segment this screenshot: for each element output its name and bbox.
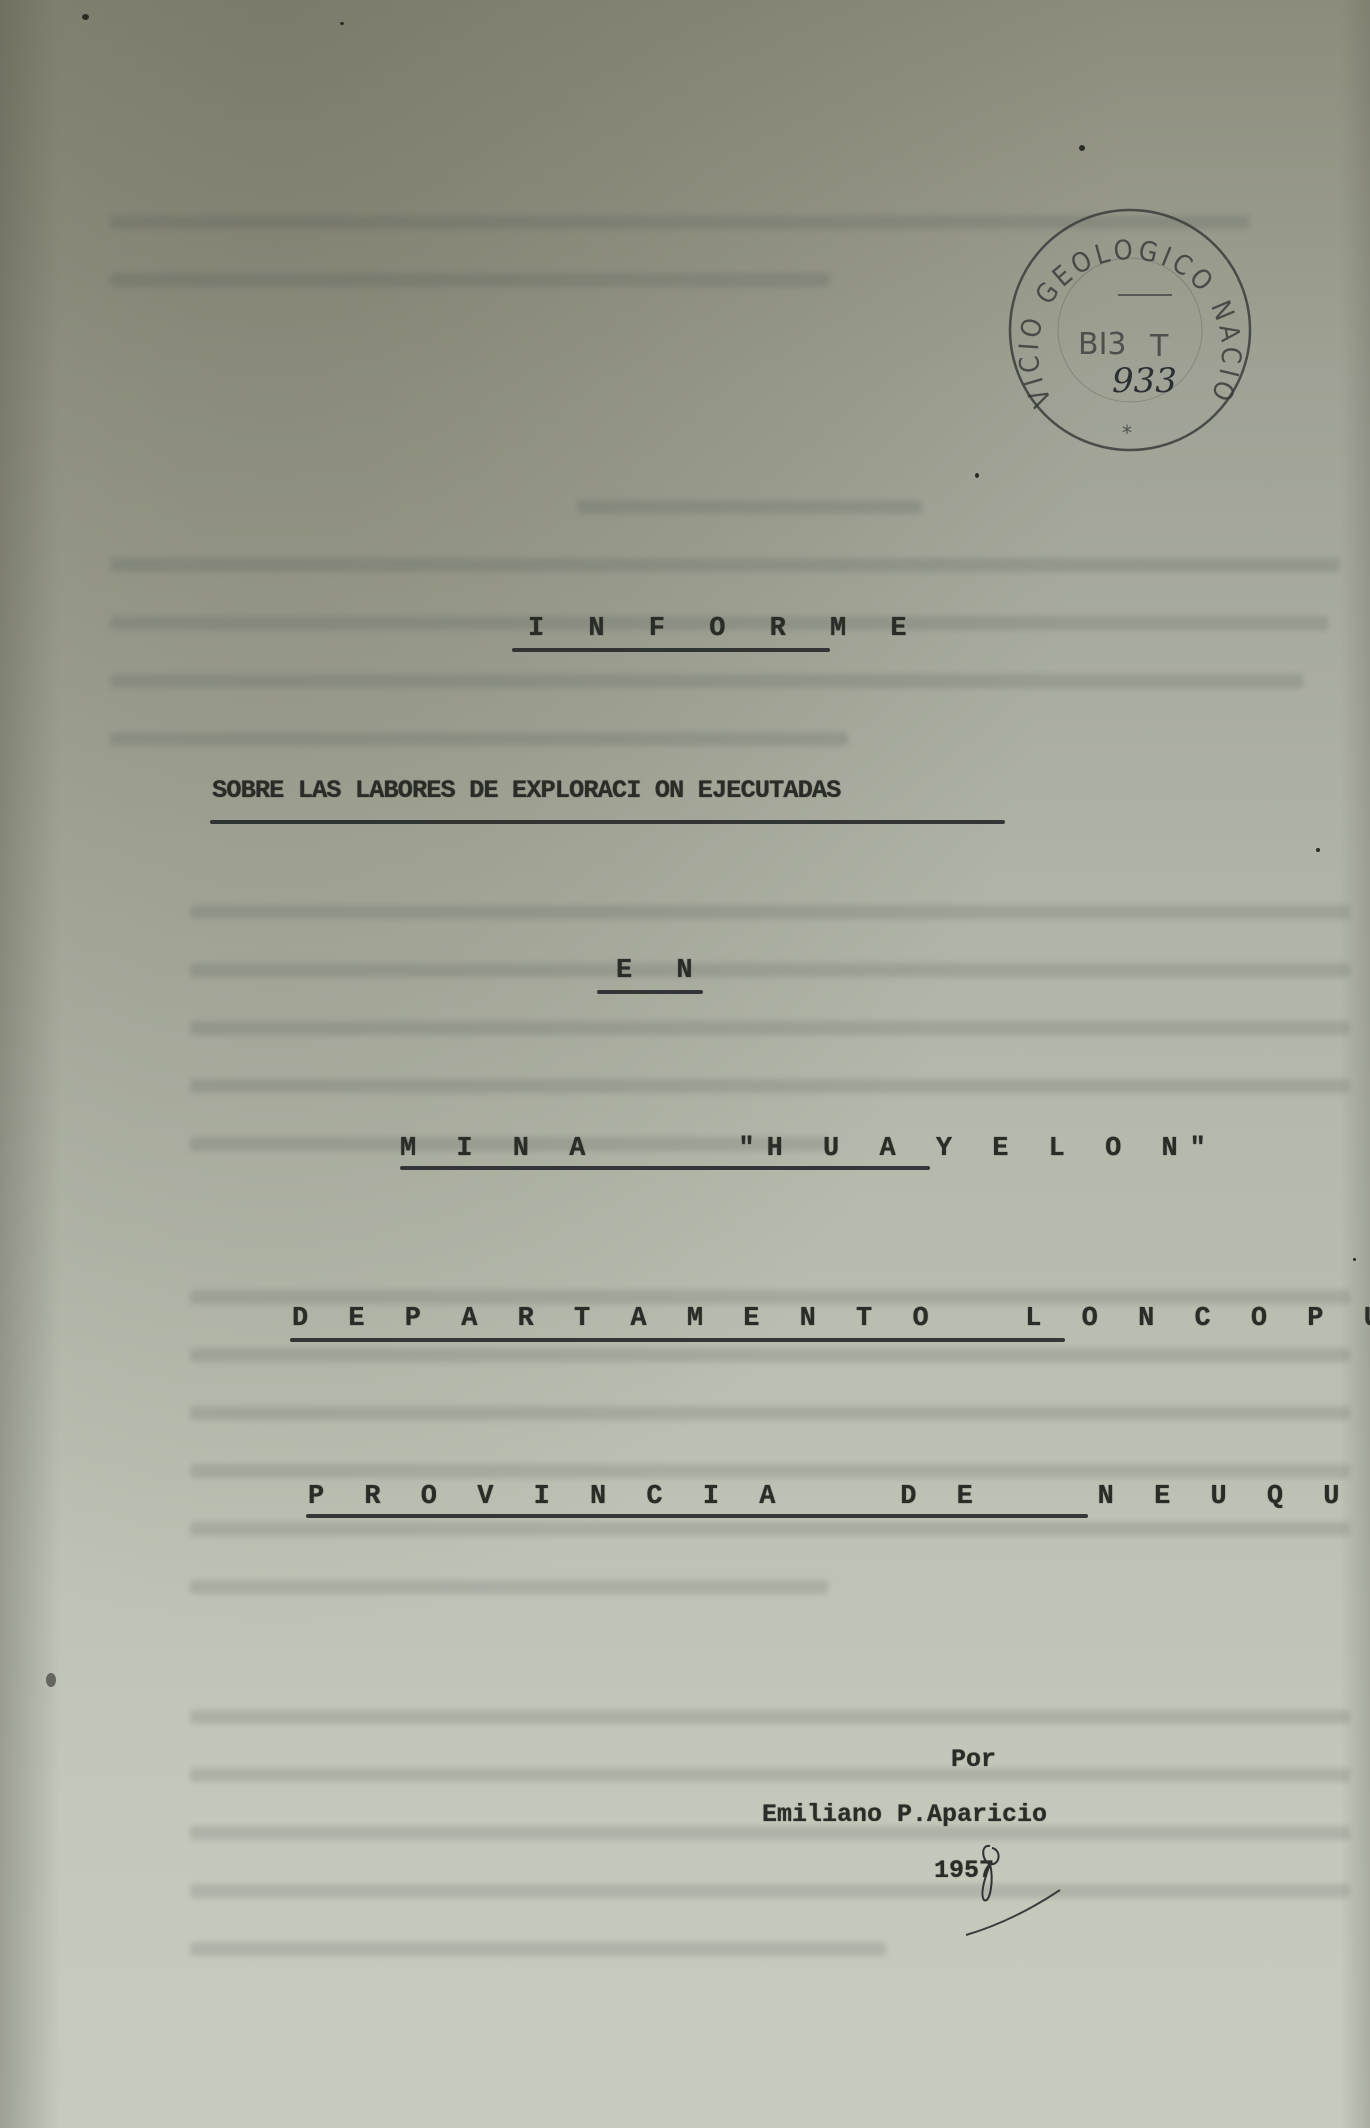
preposition-underline <box>597 990 703 994</box>
stamp-code-right: T <box>1149 329 1169 364</box>
dust-speck <box>1316 848 1320 852</box>
dust-speck <box>1353 1258 1356 1261</box>
subtitle-underline <box>210 820 1005 824</box>
report-subtitle: SOBRE LAS LABORES DE EXPLORACI ON EJECUT… <box>212 776 840 805</box>
province-underline <box>306 1514 1088 1518</box>
department-underline <box>290 1338 1065 1342</box>
bleed-through-texture-bottom <box>190 1710 1350 2000</box>
stamp-code-left: BI3 <box>1078 327 1127 362</box>
title-underline <box>512 648 830 652</box>
dust-speck <box>82 14 89 20</box>
stamp-handwritten-number: 933 <box>1112 361 1177 401</box>
library-stamp: SERVICIO GEOLOGICO NACIONAL BI3 T 933 * <box>1000 200 1260 460</box>
preposition-line: E N <box>616 956 707 986</box>
stamp-star: * <box>1122 421 1132 445</box>
mine-underline <box>400 1166 930 1170</box>
dust-speck <box>340 22 344 25</box>
author-name: Emiliano P.Aparicio <box>762 1800 1047 1829</box>
dust-speck <box>1079 145 1085 151</box>
province-name: P R O V I N C I A D E N E U Q U E N <box>308 1482 1370 1512</box>
dust-speck <box>975 473 979 478</box>
byline-por: Por <box>951 1745 996 1774</box>
page-edge-shadow-left <box>0 0 60 2128</box>
report-title: I N F O R M E <box>528 614 921 644</box>
department-name: D E P A R T A M E N T O L O N C O P U E <box>292 1304 1370 1334</box>
mine-name: M I N A "H U A Y E L O N" <box>400 1134 1218 1164</box>
dust-smudge <box>46 1673 56 1687</box>
handwritten-correction-mark <box>960 1840 1070 1940</box>
bleed-through-texture-lower <box>190 1290 1350 1638</box>
bleed-through-texture-upper <box>110 500 1340 790</box>
